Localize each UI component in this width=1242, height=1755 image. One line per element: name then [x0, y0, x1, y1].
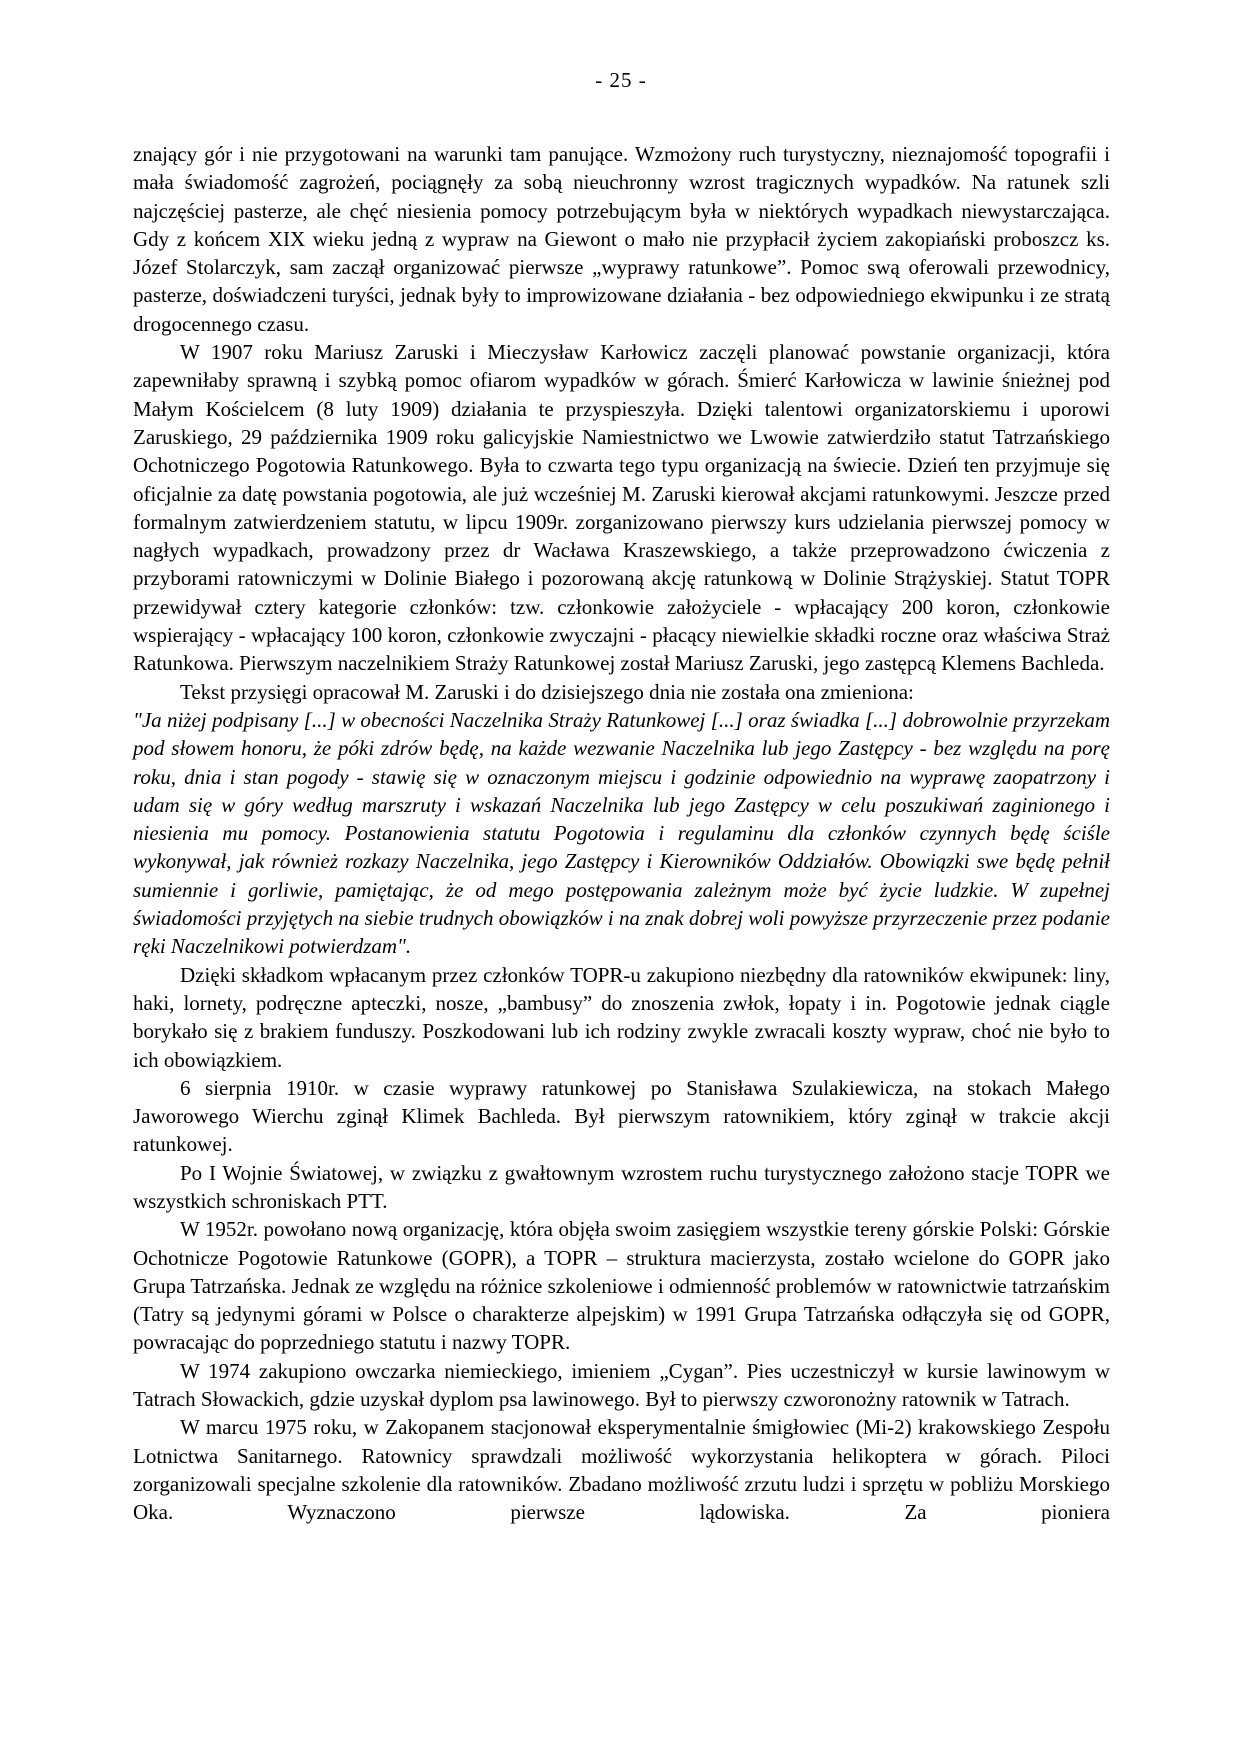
paragraph-1974-dog: W 1974 zakupiono owczarka niemieckiego, … [133, 1357, 1110, 1414]
document-page: - 25 - znający gór i nie przygotowani na… [0, 0, 1242, 1755]
paragraph-1907-founding: W 1907 roku Mariusz Zaruski i Mieczysław… [133, 338, 1110, 678]
paragraph-1910-bachleda: 6 sierpnia 1910r. w czasie wyprawy ratun… [133, 1074, 1110, 1159]
document-body: znający gór i nie przygotowani na warunk… [133, 140, 1110, 1527]
paragraph-oath-intro: Tekst przysięgi opracował M. Zaruski i d… [133, 678, 1110, 706]
paragraph-after-ww1: Po I Wojnie Światowej, w związku z gwałt… [133, 1159, 1110, 1216]
paragraph-continuation: znający gór i nie przygotowani na warunk… [133, 140, 1110, 338]
paragraph-1952-gopr: W 1952r. powołano nową organizację, któr… [133, 1215, 1110, 1356]
paragraph-equipment: Dzięki składkom wpłacanym przez członków… [133, 961, 1110, 1074]
paragraph-oath-text: "Ja niżej podpisany [...] w obecności Na… [133, 706, 1110, 961]
page-number: - 25 - [0, 66, 1242, 94]
paragraph-1975-helicopter: W marcu 1975 roku, w Zakopanem stacjonow… [133, 1413, 1110, 1526]
